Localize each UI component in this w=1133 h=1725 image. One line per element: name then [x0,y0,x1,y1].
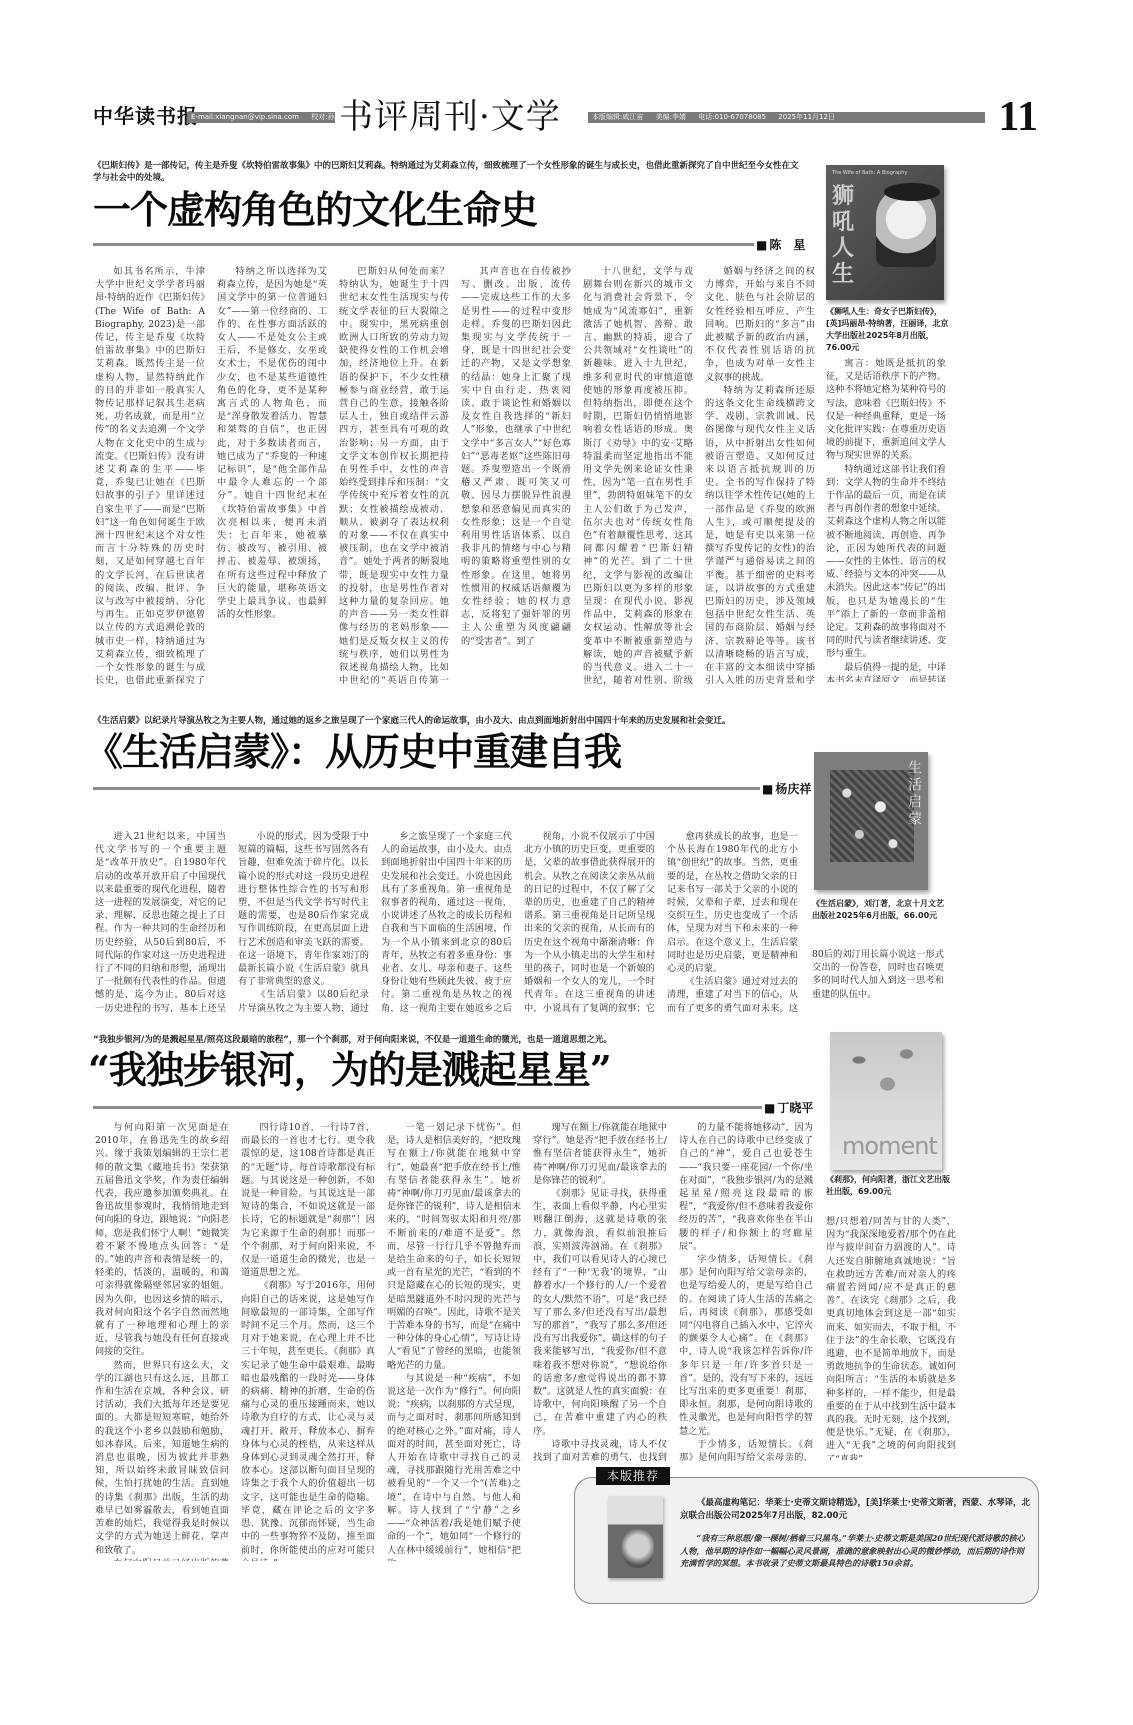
article-1-lede: 《巴斯妇传》是一部传记，传主是乔叟《坎特伯雷故事集》中的巴斯妇艾莉森。特纳通过为… [93,160,805,184]
paragraph: 字少情多，话短情长。《刹那》是何向阳写给父亲母亲的，也是写给爱人的，更是写给自己… [679,1253,813,1438]
article-3-column: 瑰写在额上/你就能在地狱中穿行”。她是否“把手放在经书上/惟有坚信者能获得永生”… [533,1121,667,1461]
article-2-headline: 《生活启蒙》：从历史中重建自我 [85,730,621,774]
article-1-column: 婚姻与经济之间的权力博弈，开始与来自不同文化、肤色与社会阶层的女性经验相互呼应，… [705,265,815,685]
article-2-body: 进入21世纪以来，中国当代文学书写的一个重要主题是“改革开放史”。自1980年代… [95,830,800,1012]
masthead-contact-bar: E-mail:xiangnan@vip.sina.com 校对:孙宪萍 [187,112,335,123]
article-3-column: 的力量不能将她移动”，因为诗人在自己的诗歌中已经变成了自己的“神”，爱自己也爱苍… [679,1121,813,1461]
paragraph: 在何向阳目前已经出版的著作中，《刹那》是她的第三部诗集，或许也是她字数最少的作品… [95,1557,229,1561]
proofreader-label: 校对:孙宪萍 [311,113,335,121]
article-2-column: 视角，小说不仅展示了中国北方小镇的历史巨变，更重要的是，父辈的故事借此获得展开的… [524,830,655,1012]
masthead-editor-bar: 本版编辑:咸江宙 美编:李婧 电话:010-67078085 2025年11月1… [588,112,985,123]
article-1-rule [93,243,803,246]
book-cover-lion-roar-life: The Wife of Bath: A Biography 狮吼人生 [826,165,944,300]
cover-birds-illustration [840,1042,935,1102]
article-1-body: 如其书名所示，牛津大学中世纪文学学者玛丽昂·特纳的近作《巴斯妇传》(The Wi… [95,265,815,685]
paragraph: 最后值得一提的是，中译本书名未直译原文，而是转译为《狮吼人生：奇女子巴斯妇传》。… [826,661,946,682]
paragraph: 《生活启蒙》通过对过去的清理，重建了对当下的信心，从而有了更多的勇气面对未来。这… [667,975,798,1012]
article-1-byline: 陈 星 [754,236,805,253]
recommendation-body: “我有三种思想/像一棵树/栖着三只黑鸟。”华莱士·史蒂文斯是美国20世纪现代派诗… [680,1532,1030,1570]
article-3-headline: “我独步银河，为的是溅起星星” [88,1048,611,1092]
article-1-column: 巴斯妇从何处而来？特纳认为，她诞生于十四世纪末女性生活现实与传统文学表征的巨大裂… [339,265,449,685]
book-cover-moment: moment [830,1032,942,1170]
editor-label: 本版编辑:咸江宙 [592,113,643,121]
article-3-byline: 丁晓平 [762,1099,813,1116]
paragraph: 特纳通过这部书让我们看到：文学人物的生命并不终结于作品的最后一页，而是在读者与再… [826,463,946,661]
article-1-column: 特纳之所以选择为艾莉森立传，是因为她是“英国文学中的第一位普通妇女”——第一位经… [217,265,327,685]
article-1-column: 十八世纪，文学与戏剧舞台则在新兴的城市文化与消费社会背景下，令她成为“风流寡妇”… [583,265,693,685]
paragraph: 《刹那》写于2016年，用何向阳自己的话来说，这是她写作间歇最短的一部诗集，全部… [241,1279,375,1561]
article-3-column: 四行诗10首，一行诗7首，而最长的一首也才七行。更令我震惊的是，这108首诗都是… [241,1121,375,1561]
article-2-side-column: 80后的刘汀用长篇小说这一形式交出的一份答卷，同时也召唤更多的同时代人加入到这一… [812,948,944,1010]
article-2-column: 乡之旅呈现了一个家庭三代人的命运故事，由小及大、由点到面地折射出中国四十年来的历… [381,830,512,1012]
paragraph: 然而，世界只有这么大，文学的江湖也只有这么远，且都工作和生活在京城，各种会议、研… [95,1359,229,1557]
recommendation-tab: 本版推荐 [596,1467,670,1485]
book-cover-life-enlightenment: 生活启蒙 [814,752,928,890]
article-3-book-caption: 《刹那》，何向阳著，浙江文艺出版社出版，69.00元 [826,1174,954,1198]
art-editor-label: 美编:李婧 [656,113,686,121]
article-2-rule [93,787,803,790]
recommendation-title: 《最高虚构笔记：华莱士·史蒂文斯诗精选》，[美]华莱士·史蒂文斯著，西蒙、水琴译… [680,1497,1030,1523]
article-2-lede: 《生活启蒙》以纪录片导演丛牧之为主要人物，通过她的返乡之旅呈现了一个家庭三代人的… [93,715,813,727]
paragraph: 《刹那》见证寻找，获得重生，表面上看似平静，内心里实则翻江倒海，这就是诗歌的张力… [533,1187,667,1438]
paragraph: 特纳为艾莉森所还原的这条文化生命线横跨文学、戏剧、宗教训诫、民俗图像与现代女性主… [705,384,815,685]
article-3-side-column: 想/只想着/同苦与甘的人类”，因为“我深深地爱着/那个仍在此岸与彼岸间奋力泅渡的… [826,1215,956,1460]
article-1-headline: 一个虚构角色的文化生命史 [93,188,537,232]
article-1-book-caption: 《狮吼人生：奇女子巴斯妇传》，[英]玛丽昂·特纳著，汪丽译，北京大学出版社202… [826,306,950,354]
page-number: 11 [998,94,1038,140]
section-title: 书评周刊·文学 [339,96,561,138]
cover-pattern [830,770,914,862]
paragraph: 与其说是一种“疾病”，不如说这是一次作为“修行”。何向阳说：“疾病，以刹那的方式… [387,1372,521,1561]
phone-label: 电话:010-67078085 [698,113,766,121]
article-2-column: 愈再获成长的故事，也是一个丛长海在1980年代的北方小镇“创世纪”的故事。当然，… [667,830,798,1012]
paragraph: 于少情多，话短情长。《刹那》是何向阳写给父亲母亲的，也是写给爱人的，更是写给自己… [679,1438,813,1461]
article-1-side-column: 寓言：她既是抵抗的象征，又是话语秩序下的产物。这种不将她定格为某种符号的写法，意… [826,357,946,682]
article-3-rule [93,1106,805,1109]
article-2-column: 进入21世纪以来，中国当代文学书写的一个重要主题是“改革开放史”。自1980年代… [95,830,226,1012]
article-3-lede: “我独步银河/为的是溅起星星/照亮这段最暗的旅程”，那一个个刹那，对于何向阳来说… [93,1034,813,1046]
book-cover-stevens [608,1496,663,1578]
article-1-column: 如其书名所示，牛津大学中世纪文学学者玛丽昂·特纳的近作《巴斯妇传》(The Wi… [95,265,205,685]
author-portrait [622,1528,654,1568]
article-2-column: 小说的形式，因为受限于中短篇的篇幅，这些书写固然各有旨趣，但难免流于碎片化。以长… [238,830,369,1012]
paragraph: 《生活启蒙》以80后纪录片导演丛牧之为主要人物，通过她的返 [238,988,369,1012]
cover-hat-shape [884,183,940,201]
email-label: E-mail:xiangnan@vip.sina.com [191,113,299,121]
article-2-book-caption: 《生活启蒙》，刘汀著，北京十月文艺出版社2025年6月出版，66.00元 [812,898,944,922]
newspaper-logo: 中华读书报 [93,100,198,129]
newspaper-page: 中华读书报 E-mail:xiangnan@vip.sina.com 校对:孙宪… [0,0,1133,1725]
article-3-column: 一笔一划记录下忧伤”。但是，诗人是相信美好的，“把玫瑰写在额上/你就能在地狱中穿… [387,1121,521,1561]
article-1-column: 其声音也在自传被抄写、删改、出版、流传——完成这些工作的大多是男性——的过程中变… [461,265,571,685]
masthead: 中华读书报 E-mail:xiangnan@vip.sina.com 校对:孙宪… [93,96,1038,138]
article-3-column: 与何向阳第一次见面是在2010年，在鲁迅先生的故乡绍兴。缘于我策划编辑的王宗仁老… [95,1121,229,1561]
paragraph: 诗歌中寻找灵魂，诗人不仅找到了面对苦难的勇气，也找到了自己与世界相处的方式。诗歌… [533,1438,667,1461]
article-2-byline: 杨庆祥 [760,780,811,797]
date-label: 2025年11月12日 [778,113,835,121]
